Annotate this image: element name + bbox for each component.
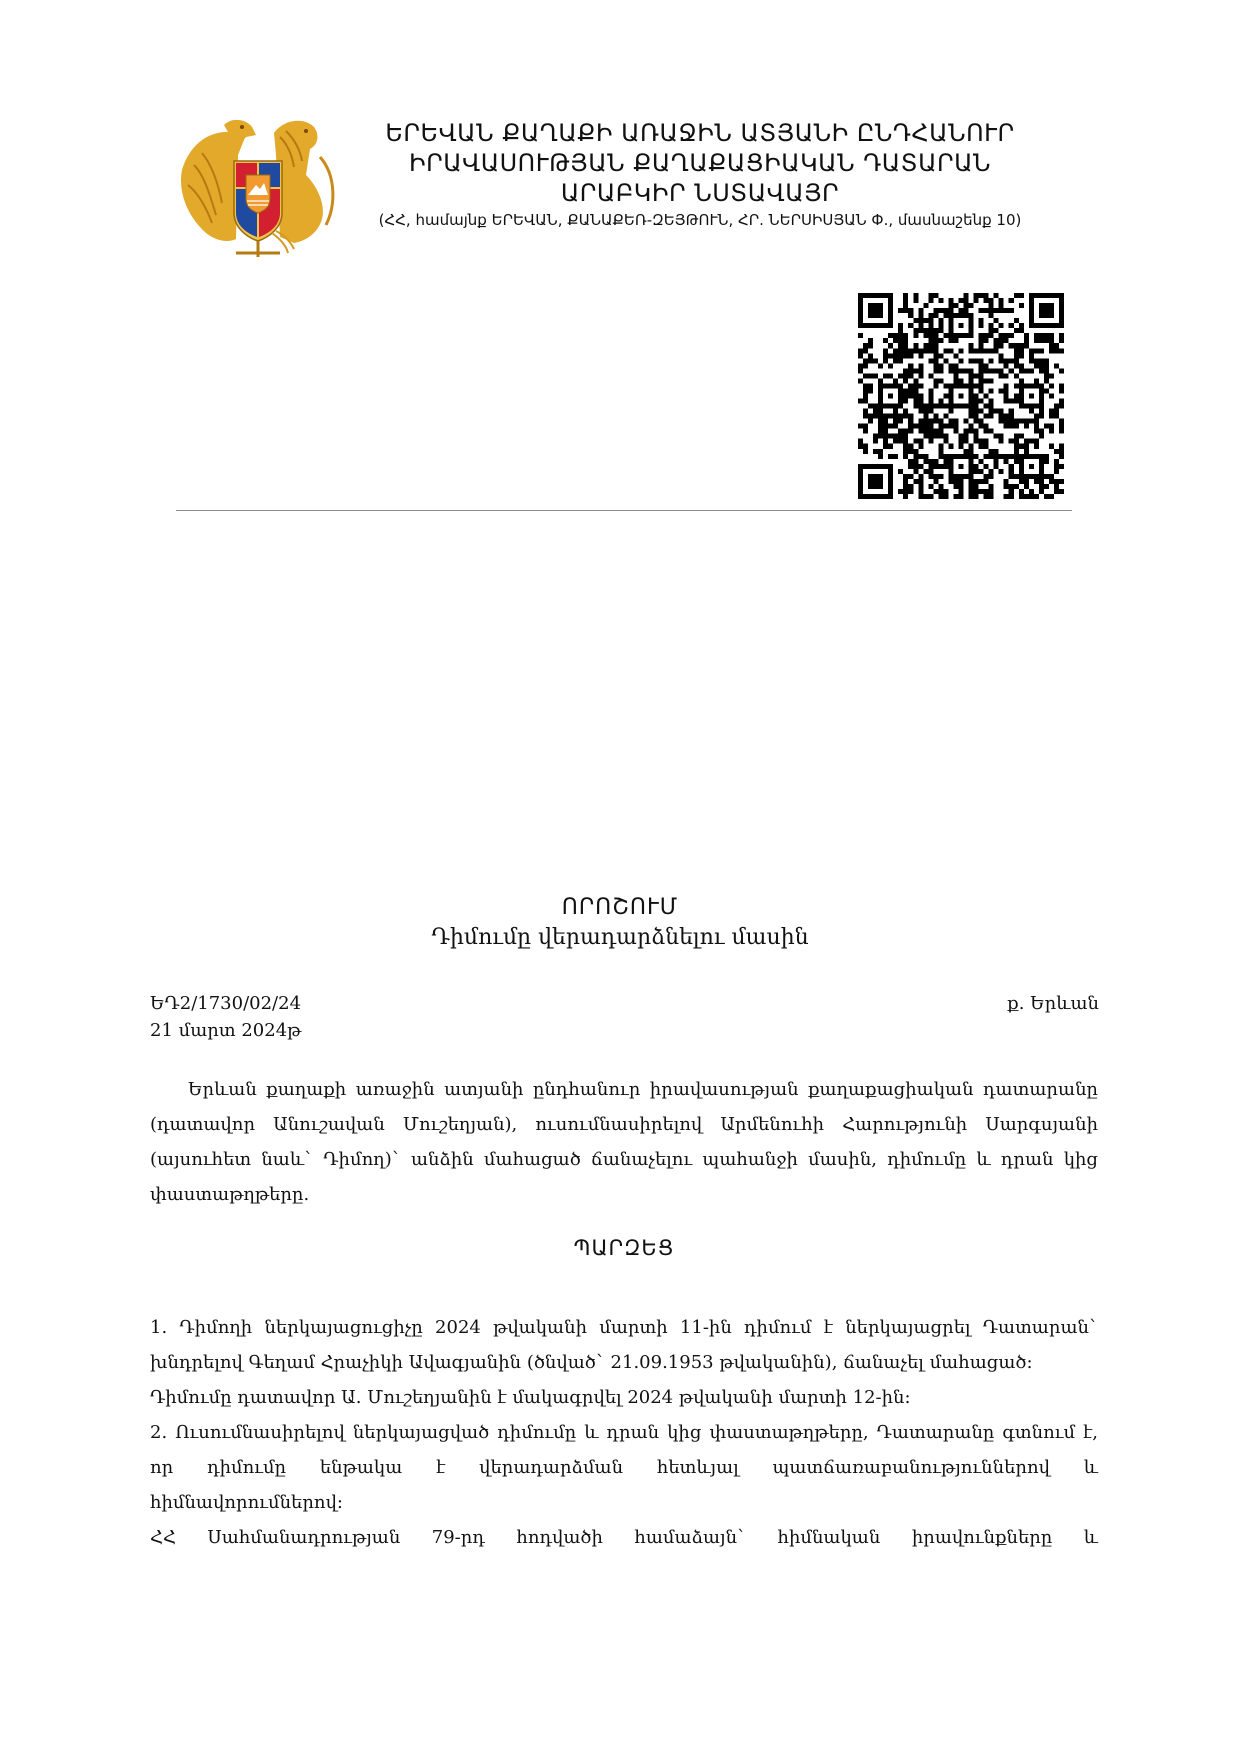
paragraph-constitution: ՀՀ Սահմանադրության 79-րդ հոդվածի համաձայ…: [150, 1520, 1098, 1555]
paragraph-1: 1. Դիմողի ներկայացուցիչը 2024 թվականի մա…: [150, 1310, 1098, 1380]
decision-date: 21 մարտ 2024թ: [150, 1018, 301, 1044]
paragraph-2: 2. Ուսումնասիրելով ներկայացված դիմումը և…: [150, 1415, 1098, 1520]
section-heading: ՊԱՐԶԵՑ: [150, 1233, 1098, 1263]
court-name-line-3: ԱՐԱԲԿԻՐ ՆՍՏԱՎԱՅՐ: [340, 178, 1060, 208]
coat-of-arms-icon: [176, 115, 338, 263]
intro-paragraph: Երևան քաղաքի առաջին ատյանի ընդհանուր իրա…: [150, 1072, 1098, 1212]
court-name-line-1: ԵՐԵՎԱՆ ՔԱՂԱՔԻ ԱՌԱՋԻՆ ԱՏՅԱՆԻ ԸՆԴՀԱՆՈՒՐ: [340, 118, 1060, 148]
court-name-line-2: ԻՐԱՎԱՍՈՒԹՅԱՆ ՔԱՂԱՔԱՑԻԱԿԱՆ ԴԱՏԱՐԱՆ: [340, 148, 1060, 178]
city: ք. Երևան: [1007, 991, 1099, 1017]
document-page: ԵՐԵՎԱՆ ՔԱՂԱՔԻ ԱՌԱՋԻՆ ԱՏՅԱՆԻ ԸՆԴՀԱՆՈՒՐ ԻՐ…: [0, 0, 1241, 1754]
header-separator: [176, 510, 1072, 511]
case-number: ԵԴ2/1730/02/24: [150, 991, 301, 1017]
court-header: ԵՐԵՎԱՆ ՔԱՂԱՔԻ ԱՌԱՋԻՆ ԱՏՅԱՆԻ ԸՆԴՀԱՆՈՒՐ ԻՐ…: [340, 118, 1060, 231]
document-title: ՈՐՈՇՈՒՄ: [150, 893, 1090, 923]
court-address: (ՀՀ, համայնք ԵՐԵՎԱՆ, ՔԱՆԱՔԵՌ-ԶԵՅԹՈՒՆ, ՀՐ…: [340, 209, 1060, 231]
document-subtitle: Դիմումը վերադարձնելու մասին: [150, 923, 1090, 953]
qr-code-icon: [858, 293, 1064, 499]
document-title-block: ՈՐՈՇՈՒՄ Դիմումը վերադարձնելու մասին: [150, 893, 1090, 953]
paragraph-assignment: Դիմումը դատավոր Ա. Մուշեղյանին է մակագրվ…: [150, 1380, 1098, 1415]
findings-block: 1. Դիմողի ներկայացուցիչը 2024 թվականի մա…: [150, 1310, 1098, 1555]
